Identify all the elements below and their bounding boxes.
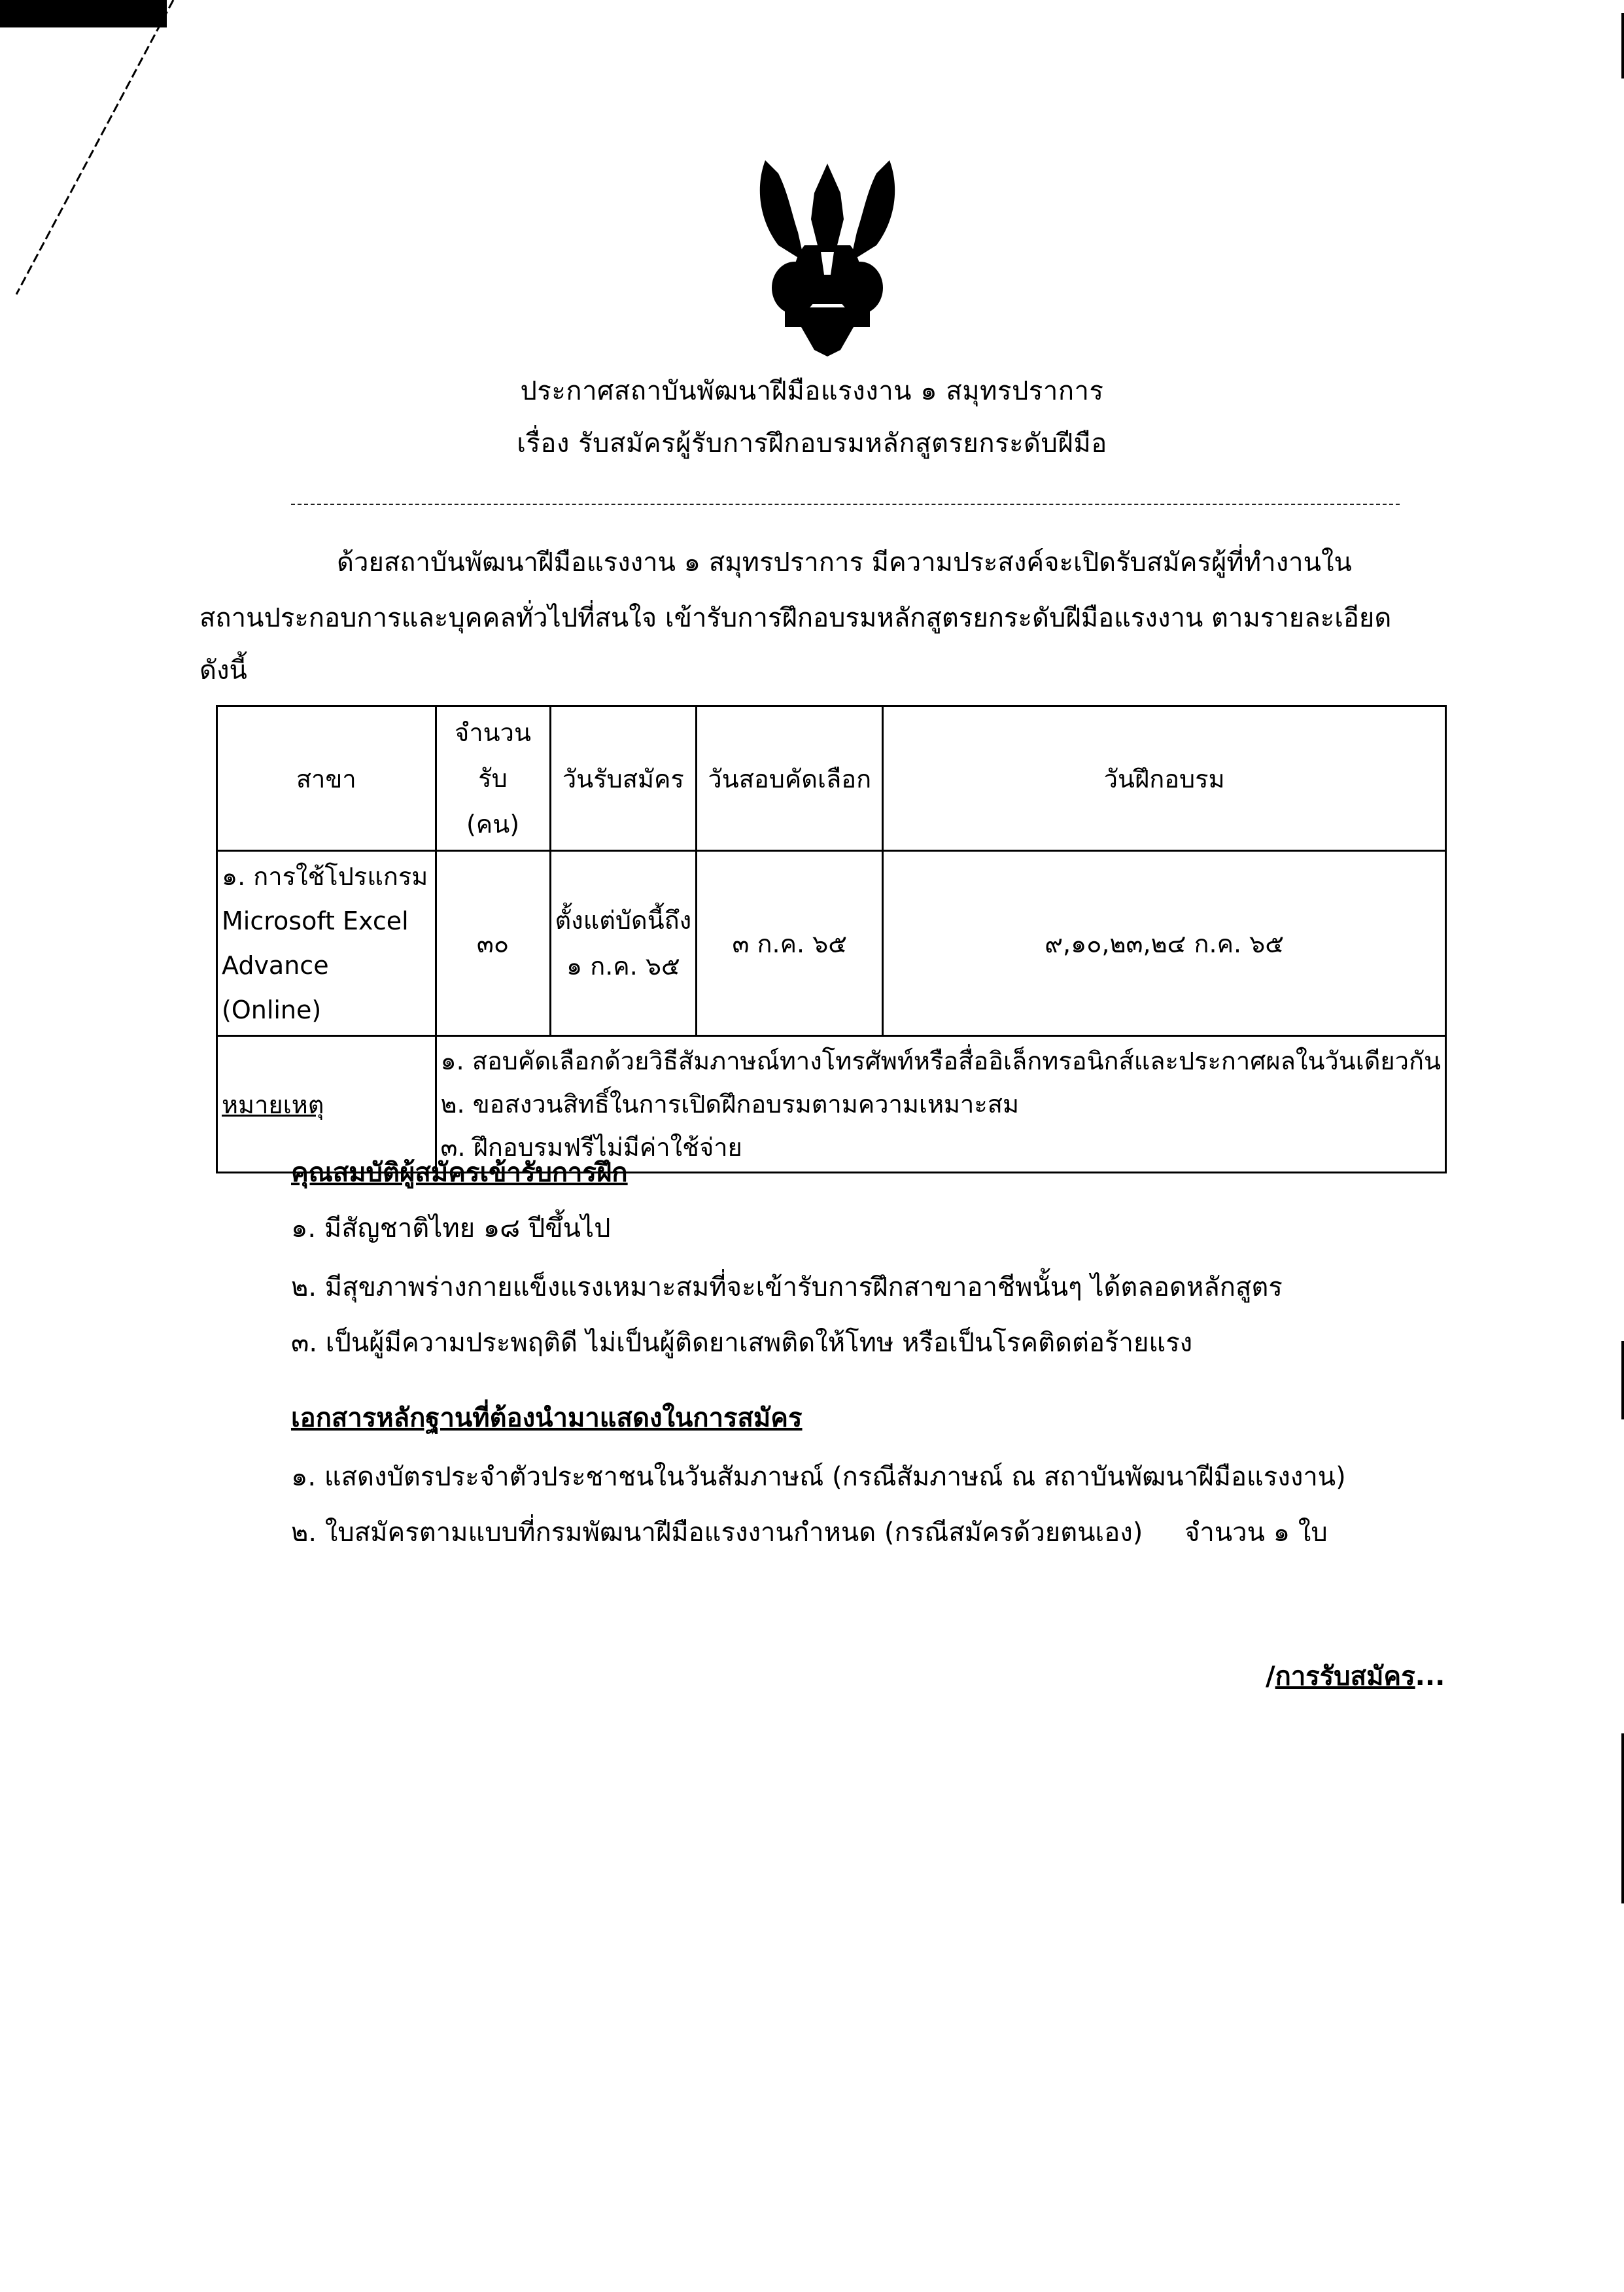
scan-artifact-line (0, 0, 196, 301)
qualifications-heading: คุณสมบัติผู้สมัครเข้ารับการฝึก (291, 1151, 628, 1193)
intro-line-1: ด้วยสถาบันพัฒนาฝีมือแรงงาน ๑ สมุทรปราการ… (337, 536, 1352, 589)
announcement-title: ประกาศสถาบันพัฒนาฝีมือแรงงาน ๑ สมุทรปราก… (0, 370, 1624, 411)
announcement-subject: เรื่อง รับสมัครผู้รับการฝึกอบรมหลักสูตรย… (0, 422, 1624, 464)
documents-heading: เอกสารหลักฐานที่ต้องนำมาแสดงในการสมัคร (291, 1397, 803, 1438)
qualification-item: ๓. เป็นผู้มีความประพฤติดี ไม่เป็นผู้ติดย… (291, 1321, 1192, 1363)
cell-apply-period: ตั้งแต่บัดนี้ถึง ๑ ก.ค. ๖๕ (550, 851, 697, 1036)
table-header-row: สาขา จำนวนรับ (คน) วันรับสมัคร วันสอบคัด… (217, 706, 1446, 851)
note-item: ๑. สอบคัดเลือกด้วยวิธีสัมภาษณ์ทางโทรศัพท… (441, 1039, 1442, 1083)
garuda-emblem-icon (752, 147, 903, 356)
header-quota: จำนวนรับ (คน) (436, 706, 550, 851)
header-apply-period: วันรับสมัคร (550, 706, 697, 851)
continuation-slash: / (1266, 1661, 1275, 1692)
qualification-item: ๑. มีสัญชาติไทย ๑๘ ปีขึ้นไป (291, 1207, 610, 1249)
intro-line-3: ดังนี้ (199, 644, 247, 697)
cell-training-dates: ๙,๑๐,๒๓,๒๔ ก.ค. ๖๕ (883, 851, 1446, 1036)
intro-line-2: สถานประกอบการและบุคคลทั่วไปที่สนใจ เข้าร… (199, 592, 1391, 644)
continuation-ellipsis: ... (1415, 1661, 1445, 1692)
continuation-marker: /การรับสมัคร... (1266, 1655, 1445, 1697)
branch-line2: (Online) (222, 988, 431, 1032)
scan-edge-mark (1621, 13, 1624, 78)
table-row: ๑. การใช้โปรแกรม Microsoft Excel Advance… (217, 851, 1446, 1036)
document-item: ๑. แสดงบัตรประจำตัวประชาชนในวันสัมภาษณ์ … (291, 1455, 1346, 1497)
scan-edge-mark (1621, 1733, 1624, 1903)
header-branch: สาขา (217, 706, 436, 851)
qualification-item: ๒. มีสุขภาพร่างกายแข็งแรงเหมาะสมที่จะเข้… (291, 1266, 1283, 1308)
course-table: สาขา จำนวนรับ (คน) วันรับสมัคร วันสอบคัด… (216, 705, 1447, 1173)
apply-line1: ตั้งแต่บัดนี้ถึง (555, 897, 692, 943)
scan-edge-mark (1621, 1341, 1624, 1419)
note-item: ๒. ขอสงวนสิทธิ์ในการเปิดฝึกอบรมตามความเห… (441, 1083, 1442, 1126)
cell-exam-date: ๓ ก.ค. ๖๕ (697, 851, 883, 1036)
cell-branch: ๑. การใช้โปรแกรม Microsoft Excel Advance… (217, 851, 436, 1036)
header-training-dates: วันฝึกอบรม (883, 706, 1446, 851)
header-quota-line1: จำนวนรับ (441, 710, 545, 801)
cell-quota: ๓๐ (436, 851, 550, 1036)
header-quota-line2: (คน) (441, 801, 545, 847)
title-divider (291, 504, 1400, 505)
apply-line2: ๑ ก.ค. ๖๕ (555, 943, 692, 989)
continuation-text: การรับสมัคร (1275, 1661, 1415, 1692)
document-item: ๒. ใบสมัครตามแบบที่กรมพัฒนาฝีมือแรงงานกำ… (291, 1511, 1328, 1553)
branch-line1: ๑. การใช้โปรแกรม Microsoft Excel Advance (222, 854, 431, 988)
header-exam-date: วันสอบคัดเลือก (697, 706, 883, 851)
